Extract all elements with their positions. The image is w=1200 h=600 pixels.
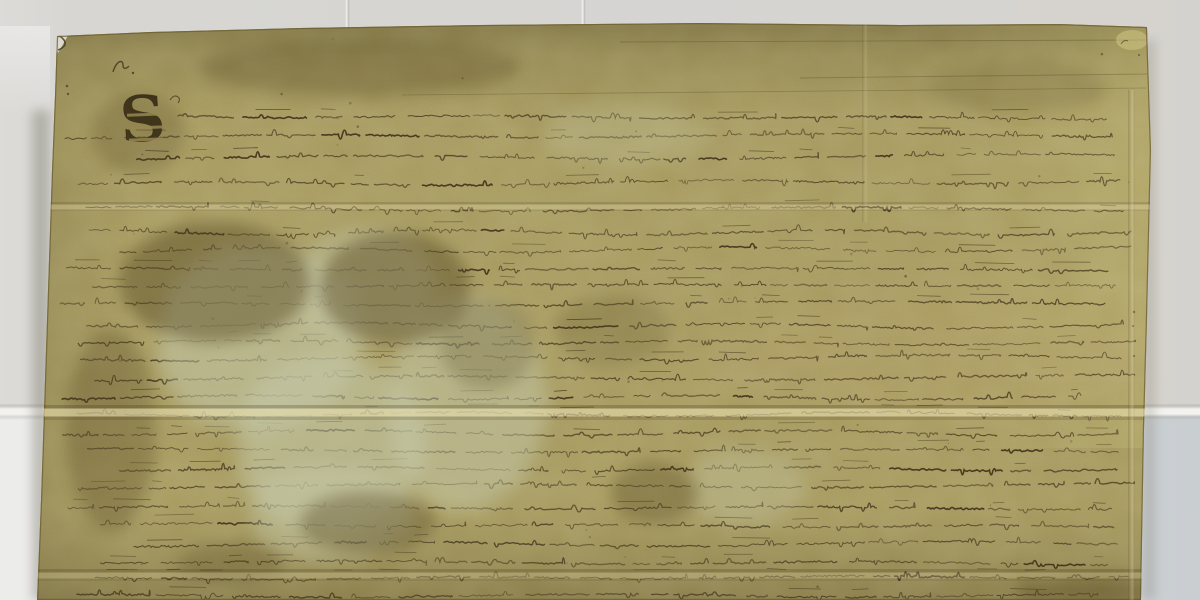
- ink-speck: [349, 102, 352, 105]
- ink-speck: [1070, 440, 1073, 443]
- ink-speck: [280, 93, 282, 95]
- ink-speck: [728, 298, 730, 300]
- ink-speck: [948, 443, 950, 445]
- ink-speck: [357, 125, 360, 128]
- fold-crease-middle: [34, 405, 1150, 420]
- ink-blotch: [440, 298, 535, 390]
- ink-speck: [141, 564, 142, 565]
- ink-speck: [904, 275, 907, 278]
- ink-speck: [337, 117, 339, 119]
- fold-crease-upper: [34, 202, 1150, 211]
- corner-chip: [1116, 30, 1148, 50]
- ink-blotch: [1015, 578, 1160, 600]
- ink-blotch: [200, 38, 520, 96]
- ink-speck: [850, 253, 853, 256]
- ink-speck: [741, 285, 743, 287]
- manuscript-photo: S: [0, 0, 1200, 600]
- fold-crease-vertical-center: [862, 22, 868, 222]
- ink-blotch: [300, 492, 435, 554]
- ink-speck: [582, 167, 584, 169]
- ink-speck: [585, 529, 587, 531]
- ink-blotch: [66, 330, 156, 530]
- ink-speck: [857, 424, 859, 426]
- ink-speck: [1044, 303, 1046, 305]
- ink-speck: [589, 536, 591, 538]
- ink-blotch: [120, 222, 310, 342]
- ink-speck: [816, 585, 819, 588]
- ink-blotch: [555, 295, 670, 367]
- ink-speck: [1101, 53, 1104, 56]
- ink-speck: [754, 297, 756, 299]
- ink-speck: [624, 556, 625, 557]
- ink-speck: [662, 380, 664, 382]
- ink-speck: [133, 233, 134, 234]
- ink-blotch: [612, 462, 697, 524]
- ink-speck: [627, 381, 629, 383]
- fold-crease-vertical-right: [1128, 90, 1135, 600]
- ink-speck: [990, 505, 991, 506]
- ink-speck: [110, 174, 112, 176]
- ink-speck: [1038, 175, 1040, 177]
- fold-crease-lower: [34, 569, 1150, 581]
- ink-speck: [566, 562, 568, 564]
- ink-speck: [977, 288, 980, 291]
- parchment-sheet: S: [0, 0, 1200, 600]
- ink-blotch: [92, 92, 184, 174]
- ink-blotch: [930, 62, 1105, 114]
- ink-speck: [1138, 54, 1140, 56]
- ink-speck: [337, 144, 339, 146]
